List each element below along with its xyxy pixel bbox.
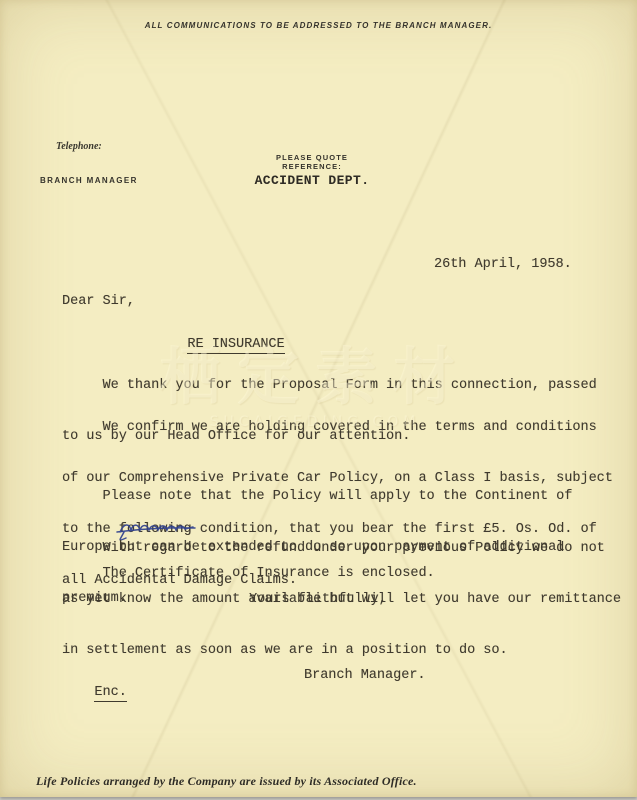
signature-title: Branch Manager.: [304, 667, 426, 684]
telephone-label: Telephone:: [56, 141, 102, 152]
letter-page: ALL COMMUNICATIONS TO BE ADDRESSED TO TH…: [0, 0, 637, 797]
paragraph-line: in settlement as soon as we are in a pos…: [62, 642, 621, 659]
footer-note: Life Policies arranged by the Company ar…: [36, 774, 417, 789]
paragraph-line: Please note that the Policy will apply t…: [62, 488, 572, 505]
letter-date: 26th April, 1958.: [434, 256, 572, 273]
enc-label: Enc.: [62, 667, 127, 718]
closing-line: Yours faithfully,: [249, 591, 387, 608]
enc-text: Enc.: [94, 685, 126, 702]
branch-manager-label: BRANCH MANAGER: [40, 176, 138, 185]
department-name: ACCIDENT DEPT.: [227, 176, 397, 185]
paragraph-line: With regard to the refund under your pre…: [62, 540, 621, 557]
salutation: Dear Sir,: [62, 293, 135, 310]
paragraph-line: We confirm we are holding covered in the…: [62, 419, 613, 436]
enclosure-note: The Certificate of Insurance is enclosed…: [62, 565, 435, 582]
please-quote-line: PLEASE QUOTE: [227, 153, 397, 162]
reference-block: PLEASE QUOTE REFERENCE: ACCIDENT DEPT.: [227, 153, 397, 185]
reference-line: REFERENCE:: [227, 162, 397, 171]
letterhead-notice: ALL COMMUNICATIONS TO BE ADDRESSED TO TH…: [0, 21, 637, 30]
